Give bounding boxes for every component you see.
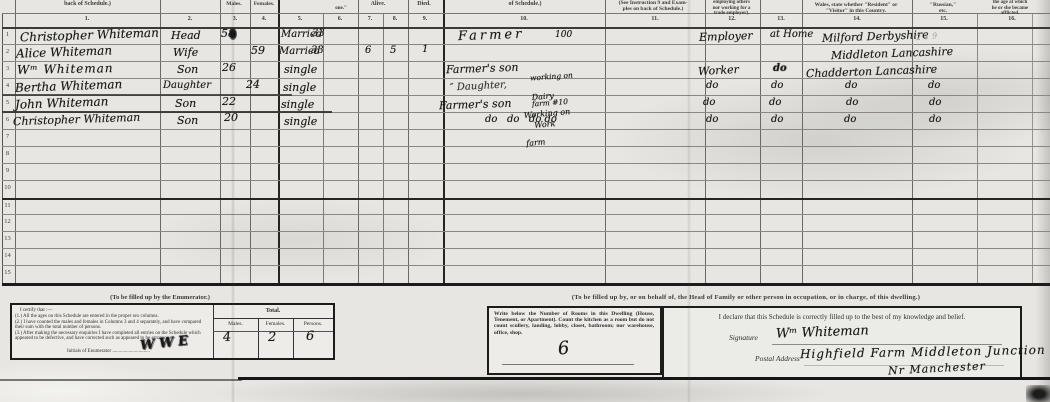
years-married-entry: 33 <box>311 46 324 56</box>
row-number: 12 <box>1 218 14 225</box>
grid-line <box>160 0 161 283</box>
certify-item-2: (2.) I have counted the males and female… <box>15 320 211 331</box>
column-number: 6. <box>325 16 355 23</box>
occupation-entry: Farmer's son <box>439 98 512 112</box>
column-number: 12. <box>717 16 747 23</box>
column-number: 2. <box>175 16 205 23</box>
relation-entry: Wife <box>173 47 198 58</box>
grid-line <box>760 0 761 283</box>
grid-line <box>2 78 1050 79</box>
row-number: 4 <box>1 82 14 89</box>
signature-value: Wᵐ Whiteman <box>776 324 869 340</box>
grid-line <box>408 0 409 283</box>
name-entry: Alice Whiteman <box>16 44 112 59</box>
grid-line <box>250 0 251 283</box>
grid-line <box>2 265 1050 266</box>
enumerator-section-title: (To be filled up by the Enumerator.) <box>35 294 285 301</box>
row-number: 13 <box>1 235 14 242</box>
census-schedule-scan: 1.2.3.4.5.6.7.8.9.10.11.12.13.14.15.16. … <box>0 0 1050 402</box>
column-number: 5. <box>285 16 315 23</box>
grid-line <box>2 111 332 113</box>
row-number: 9 <box>1 167 14 174</box>
paper-crease <box>687 0 691 402</box>
birthplace-county-entry: do <box>928 81 940 91</box>
form-bottom-edge <box>0 379 242 381</box>
relation-entry: Son <box>177 115 198 126</box>
females-label: Females. <box>258 321 293 327</box>
row-number: 11 <box>1 202 14 209</box>
grid-line <box>2 231 1050 232</box>
age-female-entry: 59 <box>251 45 265 56</box>
grid-line <box>2 44 1050 45</box>
paper-crease <box>231 0 235 402</box>
birthplace-county-entry: do <box>929 98 941 108</box>
header-fragment-col10: of Schedule.) <box>460 1 590 8</box>
header-fragment-died: Died. <box>406 1 442 8</box>
declaration-text: I declare that this Schedule is correctl… <box>672 313 1012 321</box>
working-at-home-entry: do <box>769 98 781 108</box>
column-number: 8. <box>380 16 410 23</box>
grid-line <box>220 0 221 283</box>
relation-entry: Daughter <box>163 81 211 91</box>
grid-line <box>383 13 384 283</box>
grid-line <box>1032 13 1033 283</box>
males-label: Males. <box>213 321 258 327</box>
grid-line <box>2 163 1050 164</box>
header-fragment-line: afflicted. <box>976 11 1044 17</box>
header-fragment-col12: employing others nor working for a trade… <box>703 0 760 17</box>
years-married-entry: 33 <box>312 29 325 39</box>
grid-line <box>2 283 1050 286</box>
column-number: 1. <box>72 16 102 23</box>
birthplace-entry: Chadderton Lancashire <box>806 64 938 80</box>
enumerator-box: I certify that :— (1.) All the ages on t… <box>10 303 335 360</box>
relation-entry: Son <box>177 64 198 75</box>
column-number: 14. <box>842 16 872 23</box>
header-fragment-col15: "Russian," etc. <box>910 2 976 14</box>
children-born-entry: 6 <box>365 46 371 56</box>
scan-smudge <box>1026 385 1050 402</box>
row-number: 14 <box>1 252 14 259</box>
row-number: 15 <box>1 269 14 276</box>
grid-line <box>605 0 606 283</box>
condition-entry: single <box>284 116 317 127</box>
employment-entry: do <box>706 81 718 91</box>
row-number: 7 <box>1 133 14 140</box>
initials-label: Initials of Enumerator .................… <box>67 349 150 354</box>
condition-entry: single <box>281 99 314 110</box>
row-number: 3 <box>1 65 14 72</box>
form-bottom-edge <box>238 377 1050 380</box>
certify-intro: I certify that :— <box>20 308 52 313</box>
row-number: 2 <box>1 48 14 55</box>
grid-line <box>2 248 1050 249</box>
employment-entry: Employer <box>699 30 753 43</box>
header-fragment-col1: back of Schedule.) <box>15 1 160 8</box>
header-fragment-females: Females. <box>249 1 279 7</box>
total-persons-value: 6 <box>306 330 314 343</box>
grid-line <box>278 0 280 283</box>
grid-line <box>15 0 16 283</box>
header-fragment-line: "Visitor" in this Country. <box>799 8 913 14</box>
condition-entry: single <box>284 64 317 75</box>
header-fragment-line: trade employer). <box>703 11 760 17</box>
rooms-underline <box>502 364 634 365</box>
birthplace-entry: do <box>846 98 858 108</box>
header-fragment-line: etc. <box>910 8 976 14</box>
grid-line <box>2 198 1050 200</box>
header-fragment-col16: the age at which he or she became afflic… <box>976 0 1044 17</box>
row-number: 1 <box>1 31 14 38</box>
column-number: 10. <box>509 16 539 23</box>
grid-line <box>443 0 445 283</box>
working-at-home-entry: at Home <box>770 30 813 40</box>
row-number: 10 <box>1 184 14 191</box>
employment-entry: do <box>706 115 718 125</box>
relation-entry: Son <box>175 98 196 109</box>
signature-label: Signature <box>729 333 758 342</box>
condition-entry: single <box>283 82 316 93</box>
total-females-value: 2 <box>268 331 276 344</box>
working-at-home-entry: do <box>771 115 783 125</box>
occupation-entry: Farmer <box>458 28 525 43</box>
header-fragment-alive: Alive. <box>356 1 400 8</box>
grid-line <box>2 214 1050 215</box>
household-section-title: (To be filled up by, or on behalf of, th… <box>515 294 977 301</box>
grid-line <box>977 13 978 283</box>
birthplace-entry: do <box>845 81 857 91</box>
occupation-detail: Working on farm <box>522 89 575 166</box>
name-entry: Christopher Whiteman <box>20 27 159 44</box>
employment-entry: do <box>703 98 715 108</box>
certify-item-1: (1.) All the ages on this Schedule are e… <box>15 314 211 319</box>
name-entry: John Whiteman <box>15 95 109 110</box>
working-at-home-entry: do <box>773 64 787 74</box>
postal-address-label: Postal Address <box>755 354 800 363</box>
children-living-entry: 5 <box>390 46 396 56</box>
name-entry: Christopher Whiteman <box>13 112 141 127</box>
row-number: 5 <box>1 99 14 106</box>
grid-line <box>2 27 1050 29</box>
column-number: 11. <box>640 16 670 23</box>
grid-line <box>2 61 1050 62</box>
relation-entry: Head <box>171 30 201 41</box>
name-entry: Bertha Whiteman <box>15 78 123 94</box>
column-number: 16. <box>997 16 1027 23</box>
header-fragment-col6: one." <box>326 6 356 12</box>
rooms-value: 6 <box>557 339 570 358</box>
persons-label: Persons. <box>293 321 333 327</box>
birthplace-entry: Middleton Lancashire <box>831 46 954 61</box>
initials-label-text: Initials of Enumerator <box>67 349 111 354</box>
rooms-box: Write below the Number of Rooms in this … <box>487 306 662 375</box>
birthplace-entry: Milford Derbyshire <box>822 29 929 44</box>
occupation-note: 100 <box>555 31 572 40</box>
row-number: 8 <box>1 150 14 157</box>
pencil-note: 219 <box>916 32 941 42</box>
occupation-entry: do do do do <box>485 115 557 125</box>
column-number: 15. <box>929 16 959 23</box>
header-fragment-col14: Wales, state whether "Resident" or "Visi… <box>799 2 913 14</box>
grid-line <box>358 0 359 283</box>
rooms-instructions: Write below the Number of Rooms in this … <box>494 311 654 336</box>
employment-entry: Worker <box>698 64 739 77</box>
name-entry: Wᵐ Whiteman <box>17 62 114 76</box>
column-number: 4. <box>249 16 279 23</box>
birthplace-entry: do <box>844 115 856 125</box>
occupation-detail-line: farm <box>526 135 573 148</box>
column-number: 3. <box>220 16 250 23</box>
column-number: 9. <box>410 16 440 23</box>
grid-line <box>2 180 1050 181</box>
children-died-entry: 1 <box>422 45 428 55</box>
occupation-entry: ″ Daughter, <box>450 81 507 94</box>
age-female-entry: 24 <box>246 79 260 90</box>
birthplace-county-entry: do <box>929 115 941 125</box>
column-number: 13. <box>766 16 796 23</box>
grid-line <box>912 0 913 283</box>
occupation-entry: Farmer's son <box>446 62 519 76</box>
working-at-home-entry: do <box>771 81 783 91</box>
grid-line <box>802 0 803 283</box>
